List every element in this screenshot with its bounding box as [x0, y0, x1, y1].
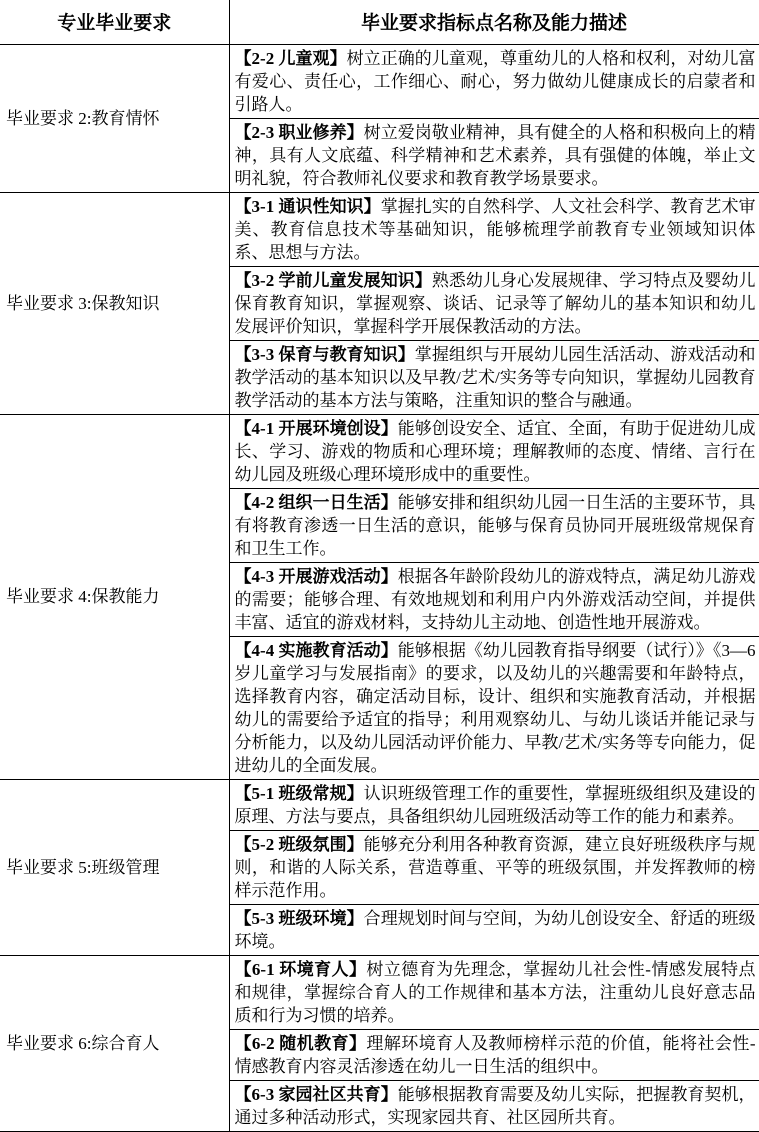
- table-header-row: 专业毕业要求 毕业要求指标点名称及能力描述: [0, 0, 759, 44]
- indicator-cell-6-3: 【6-3 家园社区共育】能够根据教育需要及幼儿实际，把握教育契机，通过多种活动形…: [229, 1080, 759, 1131]
- indicator-cell-2-3: 【2-3 职业修养】树立爱岗敬业精神，具有健全的人格和积极向上的精神，具有人文底…: [229, 118, 759, 192]
- indicator-label: 【4-4 实施教育活动】: [235, 641, 398, 660]
- table-row: 毕业要求 2:教育情怀【2-2 儿童观】树立正确的儿童观，尊重幼儿的人格和权利，…: [0, 44, 759, 118]
- indicator-cell-5-3: 【5-3 班级环境】合理规划时间与空间，为幼儿创设安全、舒适的班级环境。: [229, 904, 759, 955]
- indicator-cell-4-1: 【4-1 开展环境创设】能够创设安全、适宜、全面，有助于促进幼儿成长、学习、游戏…: [229, 414, 759, 488]
- table-row: 毕业要求 5:班级管理【5-1 班级常规】认识班级管理工作的重要性，掌握班级组织…: [0, 779, 759, 830]
- indicator-cell-4-3: 【4-3 开展游戏活动】根据各年龄阶段幼儿的游戏特点，满足幼儿游戏的需要；能够合…: [229, 562, 759, 636]
- indicator-label: 【2-3 职业修养】: [235, 123, 364, 142]
- indicator-label: 【5-1 班级常规】: [235, 784, 364, 803]
- requirement-cell-3: 毕业要求 3:保教知识: [0, 192, 229, 414]
- graduation-requirements-table: 专业毕业要求 毕业要求指标点名称及能力描述 毕业要求 2:教育情怀【2-2 儿童…: [0, 0, 759, 1132]
- indicator-label: 【5-3 班级环境】: [235, 909, 364, 928]
- indicator-label: 【3-3 保育与教育知识】: [235, 345, 415, 364]
- indicator-label: 【4-3 开展游戏活动】: [235, 567, 398, 586]
- indicator-label: 【6-1 环境育人】: [235, 960, 367, 979]
- requirement-cell-5: 毕业要求 5:班级管理: [0, 779, 229, 955]
- indicator-label: 【6-2 随机教育】: [235, 1034, 367, 1053]
- document-page: 专业毕业要求 毕业要求指标点名称及能力描述 毕业要求 2:教育情怀【2-2 儿童…: [0, 0, 759, 1132]
- table-row: 毕业要求 4:保教能力【4-1 开展环境创设】能够创设安全、适宜、全面，有助于促…: [0, 414, 759, 488]
- indicator-cell-4-4: 【4-4 实施教育活动】能够根据《幼儿园教育指导纲要（试行）》《3—6 岁儿童学…: [229, 636, 759, 779]
- indicator-cell-5-1: 【5-1 班级常规】认识班级管理工作的重要性，掌握班级组织及建设的原理、方法与要…: [229, 779, 759, 830]
- requirement-cell-4: 毕业要求 4:保教能力: [0, 414, 229, 779]
- indicator-label: 【6-3 家园社区共育】: [235, 1085, 398, 1104]
- indicator-label: 【2-2 儿童观】: [235, 49, 347, 68]
- indicator-label: 【3-1 通识性知识】: [235, 197, 381, 216]
- table-row: 毕业要求 6:综合育人【6-1 环境育人】树立德育为先理念，掌握幼儿社会性-情感…: [0, 955, 759, 1029]
- indicator-cell-3-1: 【3-1 通识性知识】掌握扎实的自然科学、人文社会科学、教育艺术审美、教育信息技…: [229, 192, 759, 266]
- indicator-description: 能够根据《幼儿园教育指导纲要（试行）》《3—6 岁儿童学习与发展指南》的要求，以…: [235, 641, 756, 775]
- header-indicator-column: 毕业要求指标点名称及能力描述: [229, 0, 759, 44]
- requirement-cell-6: 毕业要求 6:综合育人: [0, 955, 229, 1131]
- indicator-cell-3-3: 【3-3 保育与教育知识】掌握组织与开展幼儿园生活活动、游戏活动和教学活动的基本…: [229, 340, 759, 414]
- indicator-cell-4-2: 【4-2 组织一日生活】能够安排和组织幼儿园一日生活的主要环节，具有将教育渗透一…: [229, 488, 759, 562]
- indicator-cell-5-2: 【5-2 班级氛围】能够充分利用各种教育资源，建立良好班级秩序与规则，和谐的人际…: [229, 830, 759, 904]
- indicator-label: 【4-1 开展环境创设】: [235, 419, 398, 438]
- indicator-label: 【5-2 班级氛围】: [235, 835, 364, 854]
- indicator-cell-2-2: 【2-2 儿童观】树立正确的儿童观，尊重幼儿的人格和权利，对幼儿富有爱心、责任心…: [229, 44, 759, 118]
- indicator-label: 【4-2 组织一日生活】: [235, 493, 398, 512]
- indicator-cell-6-1: 【6-1 环境育人】树立德育为先理念，掌握幼儿社会性-情感发展特点和规律，掌握综…: [229, 955, 759, 1029]
- indicator-cell-6-2: 【6-2 随机教育】理解环境育人及教师榜样示范的价值，能将社会性-情感教育内容灵…: [229, 1029, 759, 1080]
- requirement-cell-2: 毕业要求 2:教育情怀: [0, 44, 229, 192]
- indicator-cell-3-2: 【3-2 学前儿童发展知识】熟悉幼儿身心发展规律、学习特点及婴幼儿保育教育知识，…: [229, 266, 759, 340]
- header-requirement-column: 专业毕业要求: [0, 0, 229, 44]
- indicator-label: 【3-2 学前儿童发展知识】: [235, 271, 432, 290]
- table-row: 毕业要求 3:保教知识【3-1 通识性知识】掌握扎实的自然科学、人文社会科学、教…: [0, 192, 759, 266]
